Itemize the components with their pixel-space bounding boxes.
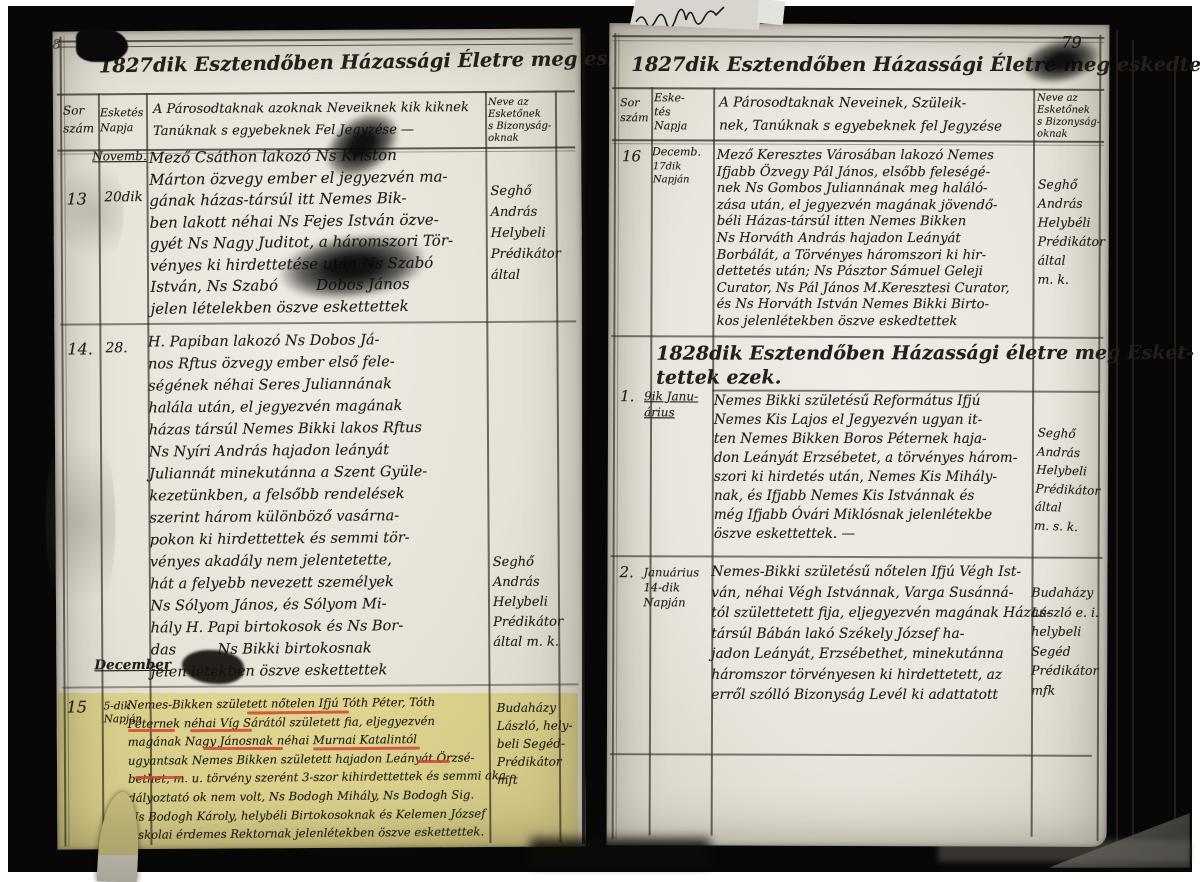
rule-line (612, 139, 1104, 142)
highlight-overlay (58, 693, 578, 855)
column-line (1031, 89, 1035, 837)
entry-number: 16 (622, 147, 641, 167)
entry-day: 17dik Napján (653, 160, 711, 186)
entry-text: Mező Keresztes Városában lakozó Nemes If… (717, 148, 1010, 331)
entry-month: Decemb. (652, 145, 701, 159)
paper-stain (63, 151, 124, 271)
entry-day: 20dik (104, 189, 142, 207)
entry-text: Nemes Bikki születésű Református Ifjú Ne… (714, 392, 1017, 544)
red-underline (203, 747, 283, 750)
entry-month: December (94, 657, 171, 675)
ink-blot (76, 28, 128, 62)
entry-number: 13 (66, 189, 86, 210)
col-header-officiant: Neve az Esketőnek s Bizonyság- oknak (1037, 93, 1100, 141)
entry-day: 9ik Janu- árius (644, 389, 698, 420)
entry-officiant: Budaházy László e. i. helybeli Segéd Pré… (1031, 583, 1099, 700)
section-1828-title: 1828dik Esztendőben Házassági életre meg… (656, 342, 1194, 390)
book-page-edge-line (1132, 40, 1134, 840)
row-divider (610, 753, 1092, 756)
entry-officiant: Seghő András Helybeli Prédikátor által (490, 181, 561, 286)
entry-text: Nemes-Bikki születésű nőtelen Ifjú Végh … (711, 562, 1050, 705)
col-header-date: Esketés Napja (100, 105, 144, 136)
entry-number: 2. (619, 563, 633, 583)
entry-day: 28. (105, 339, 127, 357)
row-divider (611, 555, 1103, 558)
entry-month: Novemb. (92, 149, 147, 165)
entry-officiant: Seghő András Helybeli Prédikátor által m… (1034, 424, 1103, 537)
col-header-officiant: Neve az Esketőnek s Bizonyság- oknak (488, 97, 551, 145)
red-underline (128, 729, 175, 732)
entry-officiant: Seghő András Helybeli Prédikátor által m… (493, 553, 564, 653)
right-page: 79 1827dik Esztendőben Házassági Életre … (607, 23, 1110, 847)
entry-day: Januárius 14-dik Napján (643, 565, 699, 610)
scanner-paper-tab-corner (757, 0, 785, 25)
red-underline (135, 776, 182, 779)
col-header-number: Sor szám (63, 101, 94, 137)
rule-line (612, 35, 1104, 39)
entry-number: 1. (620, 387, 634, 407)
left-page-number: 8 (53, 38, 61, 55)
rule-line (612, 40, 1104, 43)
entry-officiant: Seghő András Helybéli Prédikátor által m… (1038, 175, 1106, 289)
col-header-record: A Párosodtaknak azoknak Neveiknek kik ki… (153, 97, 469, 143)
column-line (649, 87, 653, 835)
col-header-record: A Párosodtaknak Neveinek, Szüleik- nek, … (719, 92, 1002, 139)
row-divider (63, 683, 579, 688)
gutter-crease-line (582, 34, 585, 844)
left-page-title: 1827dik Esztendőben Házassági Életre meg… (99, 46, 569, 78)
col-header-date: Eske- tés Napja (654, 91, 687, 132)
col-header-number: Sor szám (620, 95, 649, 126)
row-divider (611, 335, 1103, 338)
paper-stain (45, 411, 116, 631)
book-page-edge-line (1174, 60, 1176, 840)
red-underline (417, 760, 450, 763)
column-line (616, 33, 620, 839)
book-page-edge-line (1116, 30, 1118, 842)
entry-number: 14. (67, 339, 93, 360)
entry-text: H. Papiban lakozó Ns Dobos Já- nos Rftus… (148, 329, 429, 684)
scanned-register-image: 8 1827dik Esztendőben Házassági Életre m… (0, 0, 1200, 882)
row-divider (60, 320, 576, 325)
rule-line (57, 37, 573, 42)
rule-line (57, 90, 575, 95)
